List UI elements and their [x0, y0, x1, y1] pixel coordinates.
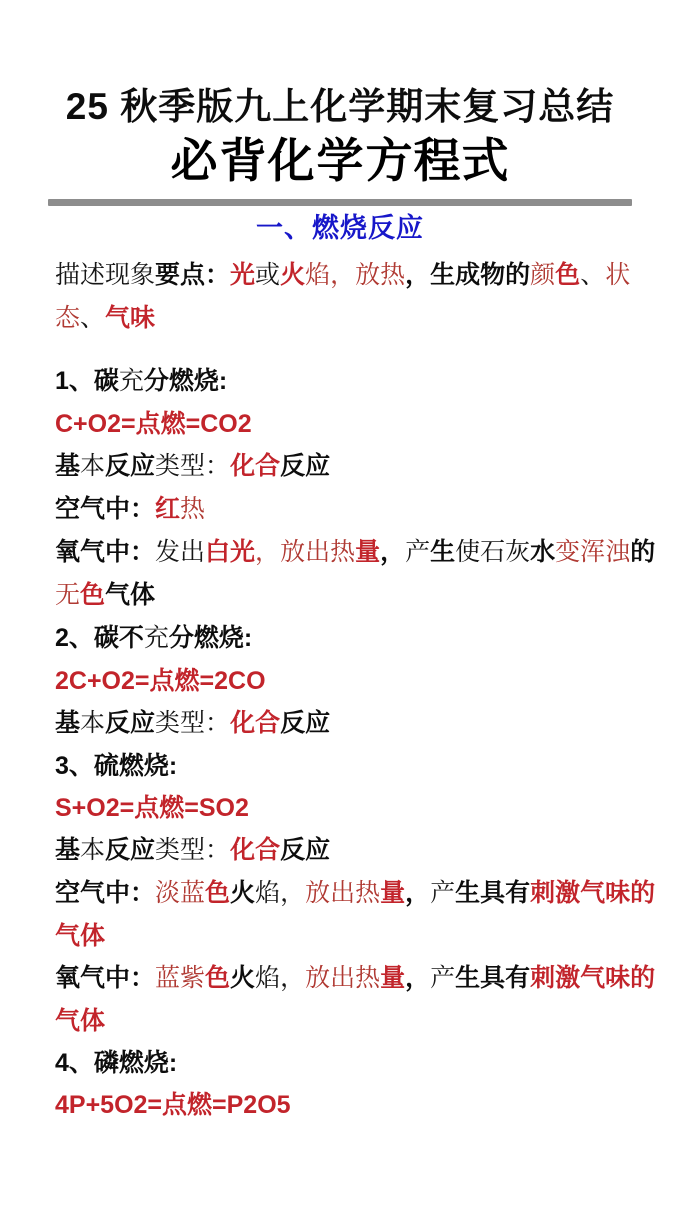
text-run: 类型：: [155, 710, 230, 737]
text-run: 的: [630, 538, 655, 566]
text-run: 充: [144, 625, 169, 652]
text-run: 4、磷燃烧:: [55, 1049, 177, 1077]
text-line: 基本反应类型：化合反应: [55, 829, 642, 872]
text-run: 颜: [530, 262, 555, 289]
text-run: 火: [230, 879, 255, 907]
text-run: 必: [171, 134, 220, 187]
text-run: 本: [80, 453, 105, 480]
text-run: 反应: [280, 709, 330, 737]
text-run: 产: [405, 539, 430, 566]
text-line: 4P+5O2=点燃=P2O5: [55, 1084, 642, 1126]
text-run: 化合: [230, 452, 280, 480]
text-run: ，: [255, 539, 280, 566]
text-run: 变浑浊: [555, 539, 630, 566]
text-line: 氧气中：发出白光，放出热量，产生使石灰水变浑浊的: [55, 531, 642, 574]
text-run: 本: [80, 710, 105, 737]
document-body: 描述现象要点：光或火焰，放热，生成物的颜色、状态、气味1、碳充分燃烧:C+O2=…: [0, 254, 680, 1126]
text-run: 淡蓝: [155, 880, 205, 907]
text-run: 空气中：: [55, 495, 155, 523]
text-run: 使石灰: [455, 539, 530, 566]
text-run: 刺激气味的: [530, 879, 655, 907]
text-run: 态: [55, 305, 80, 332]
text-run: 光: [230, 261, 255, 289]
text-run: ，: [405, 879, 430, 907]
text-run: 描述现象: [55, 262, 155, 289]
text-run: 红: [155, 495, 180, 523]
text-run: 放出热: [305, 880, 380, 907]
document-title: 25 秋季版九上化学期末复习总结: [0, 86, 680, 128]
text-run: 4P+5O2=点燃=P2O5: [55, 1091, 291, 1119]
document-page: 25 秋季版九上化学期末复习总结 必背化学方程式 一、燃烧反应 描述现象要点：光…: [0, 0, 680, 1209]
text-line: C+O2=点燃=CO2: [55, 403, 642, 445]
text-line: 气体: [55, 915, 642, 957]
text-run: 量: [380, 879, 405, 907]
text-run: ，: [405, 964, 430, 992]
text-run: 反应: [105, 709, 155, 737]
text-line: 空气中：红热: [55, 488, 642, 531]
text-run: 反应: [280, 836, 330, 864]
text-run: 发出: [155, 539, 205, 566]
text-run: 焰: [305, 262, 330, 289]
text-run: 类型：: [155, 453, 230, 480]
text-run: 化学: [268, 134, 366, 187]
text-line: 氧气中：蓝紫色火焰，放出热量，产生具有刺激气味的: [55, 957, 642, 1000]
text-run: 气味: [105, 304, 155, 332]
text-line: 无色气体: [55, 574, 642, 617]
text-run: 色: [205, 879, 230, 907]
text-run: 分燃烧:: [169, 624, 252, 652]
text-run: 气体: [55, 1007, 105, 1035]
document-subtitle: 必背化学方程式: [0, 132, 680, 191]
text-run: 基: [55, 836, 80, 864]
text-run: 产: [430, 880, 455, 907]
text-run: 白光: [205, 538, 255, 566]
text-run: ，: [330, 262, 355, 289]
text-run: 放出热: [280, 539, 355, 566]
text-line: 2C+O2=点燃=2CO: [55, 660, 642, 702]
text-run: 空气中：: [55, 879, 155, 907]
text-run: 要点：: [155, 261, 230, 289]
text-run: 火: [230, 964, 255, 992]
text-line: 描述现象要点：光或火焰，放热，生成物的颜色、状: [55, 254, 642, 297]
text-run: 蓝紫: [155, 965, 205, 992]
text-run: 2C+O2=点燃=2CO: [55, 667, 266, 695]
text-run: 氧气中：: [55, 538, 155, 566]
text-line: 2、碳不充分燃烧:: [55, 617, 642, 660]
text-run: 刺激气味的: [530, 964, 655, 992]
text-run: 火: [280, 261, 305, 289]
text-run: 3、硫燃烧:: [55, 752, 177, 780]
text-run: 、: [80, 305, 105, 332]
text-run: 分燃烧:: [144, 367, 227, 395]
text-run: 化合: [230, 836, 280, 864]
text-run: 充: [119, 368, 144, 395]
text-line: 基本反应类型：化合反应: [55, 445, 642, 488]
text-line: 气体: [55, 1000, 642, 1042]
text-run: ，: [280, 880, 305, 907]
text-run: 色: [205, 964, 230, 992]
text-run: 焰: [255, 880, 280, 907]
text-run: 2、碳不: [55, 624, 144, 652]
text-run: 基: [55, 709, 80, 737]
horizontal-divider: [48, 199, 632, 206]
text-run: 生: [430, 538, 455, 566]
text-run: 生成物的: [430, 261, 530, 289]
text-run: 方程式: [366, 136, 510, 188]
text-run: 反应: [280, 452, 330, 480]
text-run: 类型：: [155, 837, 230, 864]
text-line: S+O2=点燃=SO2: [55, 787, 642, 829]
text-run: 基: [55, 452, 80, 480]
text-run: 化合: [230, 709, 280, 737]
text-line: 基本反应类型：化合反应: [55, 702, 642, 745]
text-run: 放热: [355, 262, 405, 289]
text-run: ，: [380, 538, 405, 566]
text-run: 焰: [255, 965, 280, 992]
text-run: 生具有: [455, 964, 530, 992]
text-run: 色: [80, 581, 105, 609]
text-run: 放出热: [305, 965, 380, 992]
text-run: S+O2=点燃=SO2: [55, 794, 249, 822]
text-run: 背: [220, 136, 268, 188]
text-line: 态、气味: [55, 297, 642, 340]
text-run: 氧气中：: [55, 964, 155, 992]
text-run: 状: [605, 262, 630, 289]
text-run: 反应: [105, 452, 155, 480]
text-run: ，: [280, 965, 305, 992]
text-run: 无: [55, 582, 80, 609]
text-line: 4、磷燃烧:: [55, 1042, 642, 1084]
text-run: 本: [80, 837, 105, 864]
text-run: 产: [430, 965, 455, 992]
text-run: 气体: [105, 581, 155, 609]
text-run: 热: [180, 496, 205, 523]
text-run: 量: [380, 964, 405, 992]
text-run: 量: [355, 538, 380, 566]
text-run: 1、碳: [55, 367, 119, 395]
text-run: 或: [255, 262, 280, 289]
text-line: 空气中：淡蓝色火焰，放出热量，产生具有刺激气味的: [55, 872, 642, 915]
text-run: 水: [530, 538, 555, 566]
text-run: 气体: [55, 922, 105, 950]
text-run: 色: [555, 261, 580, 289]
text-run: 生具有: [455, 879, 530, 907]
text-line: 1、碳充分燃烧:: [55, 360, 642, 403]
text-run: 、: [580, 262, 605, 289]
text-run: 反应: [105, 836, 155, 864]
text-run: C+O2=点燃=CO2: [55, 410, 252, 438]
text-line: 3、硫燃烧:: [55, 745, 642, 787]
section-heading-combustion: 一、燃烧反应: [0, 208, 680, 248]
text-run: ，: [405, 261, 430, 289]
